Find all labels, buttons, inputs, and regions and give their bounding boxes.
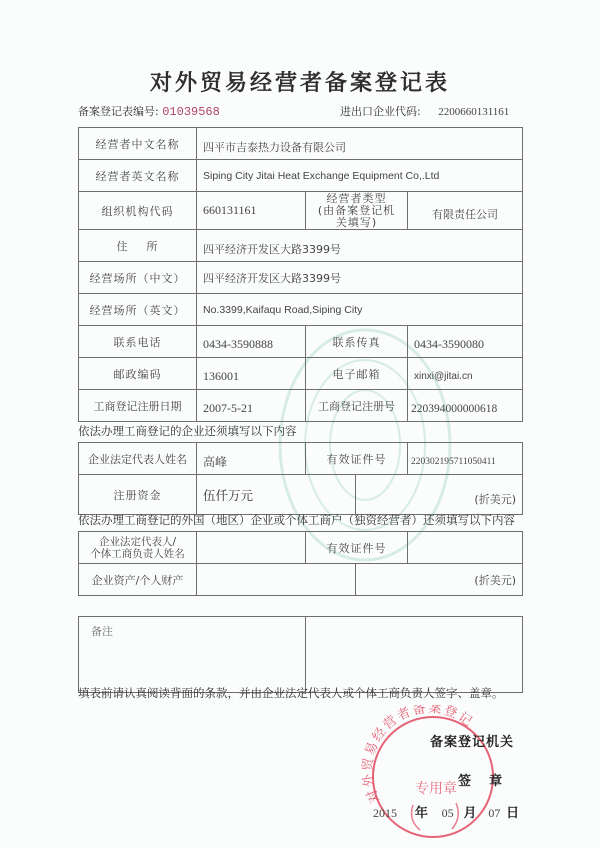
en-name-value: Siping City Jitai Heat Exchange Equipmen… [197, 160, 523, 192]
footer-instruction: 填表前请认真阅读背面的条款，并由企业法定代表人或个体工商负责人签字、盖章。 [78, 685, 504, 701]
assets-label: 企业资产/个人财产 [79, 564, 197, 596]
email-value: xinxi@jitai.cn [408, 358, 523, 390]
premises-en-label: 经营场所（英文） [79, 294, 197, 326]
premises-en-value: No.3399,Kaifaqu Road,Siping City [197, 294, 523, 326]
capital-value: 伍仟万元 [197, 475, 356, 515]
date-day: 07 [488, 806, 500, 820]
operator-type-value: 有限责任公司 [408, 192, 523, 230]
cn-name-label: 经营者中文名称 [79, 128, 197, 160]
id-no-label: 有效证件号 [306, 443, 408, 475]
main-info-table: 经营者中文名称 四平市吉泰热力设备有限公司 经营者英文名称 Siping Cit… [78, 127, 523, 422]
enterprise-code-value: 2200660131161 [438, 106, 509, 118]
table-row: 工商登记注册日期 2007-5-21 工商登记注册号 2203940000006… [79, 390, 523, 422]
svg-text:专用章: 专用章 [415, 780, 457, 797]
table-row: 经营者中文名称 四平市吉泰热力设备有限公司 [79, 128, 523, 160]
phone-label: 联系电话 [79, 326, 197, 358]
seal-label: 签 章 [458, 770, 502, 789]
org-code-label: 组织机构代码 [79, 192, 197, 230]
enterprise-code: 进出口企业代码: 2200660131161 [340, 103, 509, 119]
table-row: 组织机构代码 660131161 经营者类型 (由备案登记机关填写) 有限责任公… [79, 192, 523, 230]
assets-usd-note: (折美元) [356, 564, 523, 596]
registration-form-no-label: 备案登记表编号: [78, 105, 159, 118]
table-row: 住 所 四平经济开发区大路3399号 [79, 230, 523, 262]
email-label: 电子邮箱 [306, 358, 408, 390]
capital-usd-note: (折美元) [356, 475, 523, 515]
id-label: 有效证件号 [306, 532, 408, 564]
assets-value [197, 564, 356, 596]
id-no-value: 220302195711050411 [408, 443, 523, 475]
reg-no-value: 220394000000618 [408, 390, 523, 422]
authority-label: 备案登记机关 [430, 731, 514, 750]
section2-heading: 依法办理工商登记的企业还须填写以下内容 [78, 423, 297, 439]
sign-date: 2015 年 05 月 07 日 [373, 802, 519, 821]
premises-cn-value: 四平经济开发区大路3399号 [197, 262, 523, 294]
remarks-label: 备注 [79, 617, 306, 693]
remarks-value [306, 617, 523, 693]
document-title: 对外贸易经营者备案登记表 [0, 66, 600, 97]
table-row: 邮政编码 136001 电子邮箱 xinxi@jitai.cn [79, 358, 523, 390]
table-row: 经营者英文名称 Siping City Jitai Heat Exchange … [79, 160, 523, 192]
phone-value: 0434-3590888 [197, 326, 306, 358]
fax-value: 0434-3590080 [408, 326, 523, 358]
rep-label: 企业法定代表人/ 个体工商负责人姓名 [79, 532, 197, 564]
legal-rep-value: 高峰 [197, 443, 306, 475]
table-row: 联系电话 0434-3590888 联系传真 0434-3590080 [79, 326, 523, 358]
table-row: 企业法定代表人姓名 高峰 有效证件号 220302195711050411 [79, 443, 523, 475]
capital-label: 注册资金 [79, 475, 197, 515]
date-month: 05 [442, 806, 454, 820]
date-year: 2015 [373, 806, 397, 820]
remarks-table: 备注 [78, 616, 523, 693]
premises-cn-label: 经营场所（中文） [79, 262, 197, 294]
id-value [408, 532, 523, 564]
cn-name-value: 四平市吉泰热力设备有限公司 [197, 128, 523, 160]
residence-value: 四平经济开发区大路3399号 [197, 230, 523, 262]
org-code-value: 660131161 [197, 192, 306, 230]
operator-type-label: 经营者类型 (由备案登记机关填写) [306, 192, 408, 230]
fax-label: 联系传真 [306, 326, 408, 358]
table-row: 企业法定代表人/ 个体工商负责人姓名 有效证件号 [79, 532, 523, 564]
section3-heading: 依法办理工商登记的外国（地区）企业或个体工商户（独资经营者）还须填写以下内容 [78, 512, 515, 528]
table-row: 备注 [79, 617, 523, 693]
reg-date-value: 2007-5-21 [197, 390, 306, 422]
section3-table: 企业法定代表人/ 个体工商负责人姓名 有效证件号 企业资产/个人财产 (折美元) [78, 531, 523, 596]
reg-date-label: 工商登记注册日期 [79, 390, 197, 422]
enterprise-code-label: 进出口企业代码: [340, 105, 421, 118]
table-row: 注册资金 伍仟万元 (折美元) [79, 475, 523, 515]
table-row: 经营场所（英文） No.3399,Kaifaqu Road,Siping Cit… [79, 294, 523, 326]
residence-label: 住 所 [79, 230, 197, 262]
section2-table: 企业法定代表人姓名 高峰 有效证件号 220302195711050411 注册… [78, 442, 523, 515]
legal-rep-label: 企业法定代表人姓名 [79, 443, 197, 475]
reg-no-label: 工商登记注册号 [306, 390, 408, 422]
postcode-value: 136001 [197, 358, 306, 390]
registration-form-no-value: 01039568 [162, 105, 220, 119]
registration-form-no: 备案登记表编号: 01039568 [78, 103, 220, 119]
en-name-label: 经营者英文名称 [79, 160, 197, 192]
table-row: 经营场所（中文） 四平经济开发区大路3399号 [79, 262, 523, 294]
table-row: 企业资产/个人财产 (折美元) [79, 564, 523, 596]
postcode-label: 邮政编码 [79, 358, 197, 390]
rep-value [197, 532, 306, 564]
